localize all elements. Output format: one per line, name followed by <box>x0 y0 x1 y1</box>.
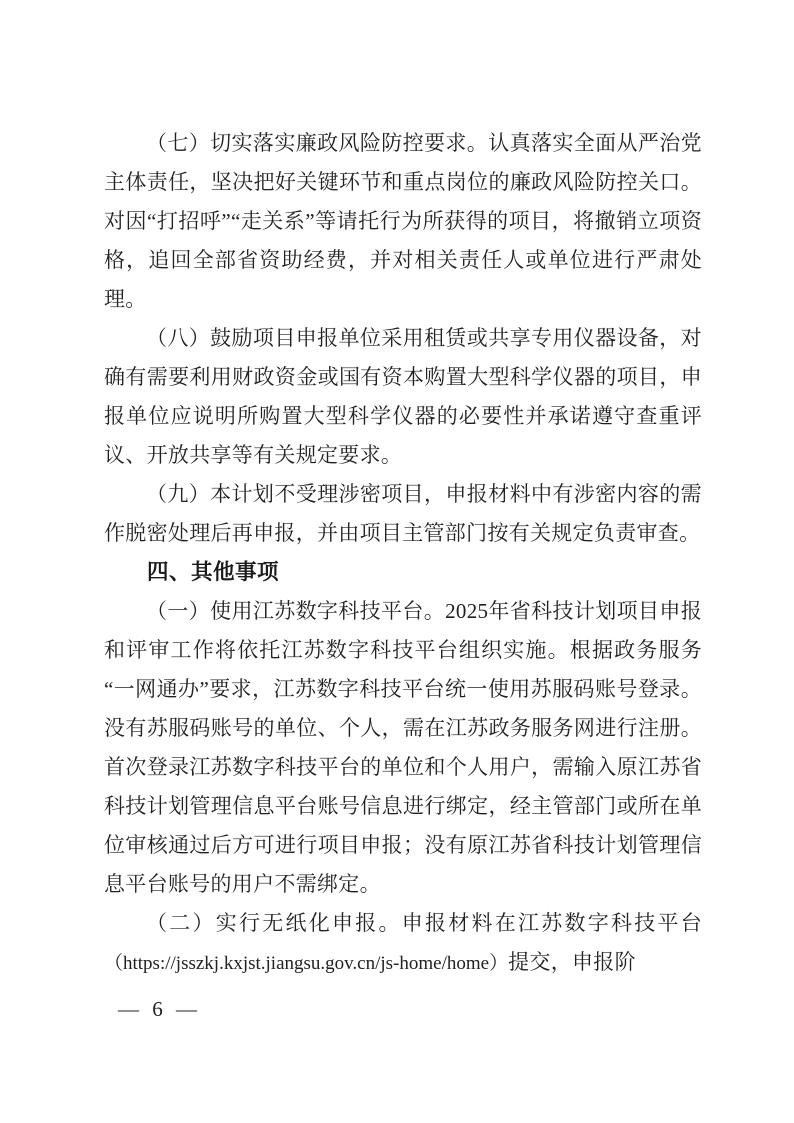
paragraph-item-2-text: （二）实行无纸化申报。申报材料在江苏数字科技平台 <box>146 911 702 935</box>
page-number: — 6 — <box>118 994 201 1024</box>
paragraph-item-8: （八）鼓励项目申报单位采用租赁或共享专用仪器设备，对确有需要利用财政资金或国有资… <box>104 319 702 475</box>
document-body: （七）切实落实廉政风险防控要求。认真落实全面从严治党主体责任，坚决把好关键环节和… <box>104 124 702 983</box>
paragraph-item-9: （九）本计划不受理涉密项目，申报材料中有涉密内容的需作脱密处理后再申报，并由项目… <box>104 475 702 553</box>
document-page: （七）切实落实廉政风险防控要求。认真落实全面从严治党主体责任，坚决把好关键环节和… <box>0 0 794 1123</box>
paragraph-item-2: （二）实行无纸化申报。申报材料在江苏数字科技平台（https://jsszkj.… <box>104 904 702 983</box>
section-heading-other-matters: 四、其他事项 <box>104 553 702 592</box>
paragraph-item-1: （一）使用江苏数字科技平台。2025年省科技计划项目申报和评审工作将依托江苏数字… <box>104 592 702 904</box>
paragraph-item-7: （七）切实落实廉政风险防控要求。认真落实全面从严治党主体责任，坚决把好关键环节和… <box>104 124 702 319</box>
platform-url: （https://jsszkj.kxjst.jiangsu.gov.cn/js-… <box>104 953 508 974</box>
paragraph-item-2-suffix: 提交，申报阶 <box>508 950 636 974</box>
